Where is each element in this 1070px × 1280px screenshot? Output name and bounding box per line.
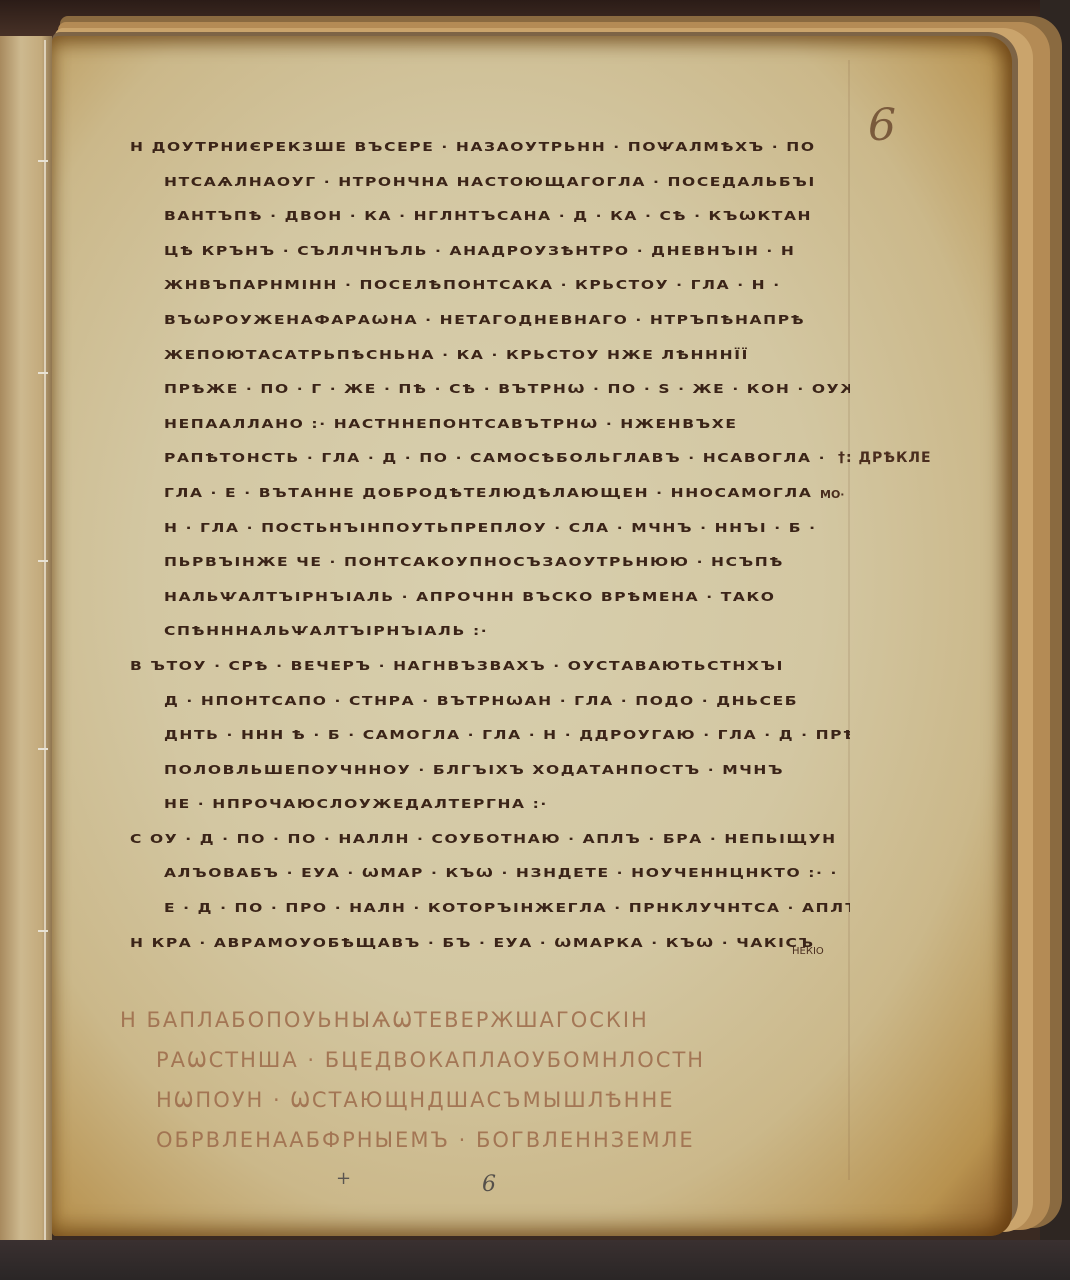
later-hand-text-block: Н БАПЛАБОПОУЬНЫѦѠТЕВЕРЖШАГОСКІН РАѠСТНША… xyxy=(120,1000,980,1160)
text-line: Н · ГЛА · ПОСТЬНЪІНПОУТЬПРЕПЛОУ · СЛА · … xyxy=(130,514,850,542)
background-bottom xyxy=(0,1240,1070,1280)
text-line: В ЪТОУ · СРѢ · ВЕЧЕРЪ · НАГНВЪЗВАХЪ · ОУ… xyxy=(130,652,850,680)
text-line: Н КРА · АВРАМОУОБѢЩАВЪ · БЪ · ЕУА · ѠМАР… xyxy=(130,929,850,957)
text-line: ЖЕПОЮТАСАТРЬПѢСНЬНА · КА · КРЬСТОУ НЖЕ Л… xyxy=(130,341,850,369)
marginal-note-small: МО· xyxy=(820,488,844,501)
later-text-line: РАѠСТНША · БЦЕДВОКАПЛАОУБОМНЛОСТН xyxy=(120,1040,980,1080)
folio-number: 6 xyxy=(868,100,896,151)
text-line: СПѢНННАЛЬѰАЛТЪІРНЪІАЛЬ :· xyxy=(130,617,850,645)
binding-stitch xyxy=(38,930,48,932)
binding-stitch xyxy=(38,560,48,562)
text-line: С ОУ · Д · ПО · ПО · НАЛЛН · СОУБОТНАЮ ·… xyxy=(130,825,850,853)
text-line: ДНТЬ · ННН Ѣ · Б · САМОГЛА · ГЛА · Н · Д… xyxy=(130,721,850,749)
later-text-line: Н БАПЛАБОПОУЬНЫѦѠТЕВЕРЖШАГОСКІН xyxy=(120,1000,980,1040)
text-line: ЦѢ КРЪНЪ · СЪЛЛЧНЪЛЬ · АНАДРОУЗѢНТРО · Д… xyxy=(130,237,850,265)
main-text-block: Н ДОУТРНИЄРЕКЗШЕ ВЪСЕРЕ · НАЗАОУТРЬНН · … xyxy=(130,130,850,960)
text-line: РАПѢТОНСТЬ · ГЛА · Д · ПО · САМОСѢБОЛЬГЛ… xyxy=(130,444,850,472)
interlinear-note: НЕКІО xyxy=(792,946,824,957)
binding-stitch xyxy=(38,160,48,162)
text-line: Н ДОУТРНИЄРЕКЗШЕ ВЪСЕРЕ · НАЗАОУТРЬНН · … xyxy=(130,133,850,161)
pencil-mark: + xyxy=(336,1168,351,1189)
text-line: ПРѢЖЕ · ПО · Г · ЖЕ · ПѢ · СѢ · ВЪТРНѠ ·… xyxy=(130,375,850,403)
text-line: ЖНВЪПАРНМІНН · ПОСЕЛѢПОНТСАКА · КРЬСТОУ … xyxy=(130,271,850,299)
text-line: ВАНТЪПѢ · ДВОН · КА · НГЛНТЪСАНА · Д · К… xyxy=(130,202,850,230)
text-line: НТСАѦЛНАОУГ · НТРОНЧНА НАСТОЮЩАГОГЛА · П… xyxy=(130,168,850,196)
text-line: НЕ · НПРОЧАЮСЛОУЖЕДАЛТЕРГНА :· xyxy=(130,790,850,818)
text-line: ПЬРВЪІНЖЕ ЧЕ · ПОНТСАКОУПНОСЪЗАОУТРЬНЮЮ … xyxy=(130,548,850,576)
later-text-line: ОБРВЛЕНААБФРНЫЕМЪ · БОГВЛЕННЗЕМЛЕ xyxy=(120,1120,980,1160)
text-line: Е · Д · ПО · ПРО · НАЛН · КОТОРЪІНЖЕГЛА … xyxy=(130,894,850,922)
text-line: ГЛА · Е · ВЪТАННЕ ДОБРОДѢТЕЛЮДѢЛАЮЩЕН · … xyxy=(130,479,850,507)
binding-thread xyxy=(44,40,46,1240)
text-line: НАЛЬѰАЛТЪІРНЪІАЛЬ · АПРОЧНН ВЪСКО ВРѢМЕН… xyxy=(130,583,850,611)
text-line: НЕПААЛЛАНО :· НАСТННЕПОНТСАВЪТРНѠ · НЖЕН… xyxy=(130,410,850,438)
text-line: АЛЪОВАБЪ · ЕУА · ѠМАР · КЪѠ · НЗНДЕТЕ · … xyxy=(130,860,850,888)
binding-stitch xyxy=(38,372,48,374)
text-line: ВЪѠРОУЖЕНАФАРАѠНА · НЕТАГОДНЕВНАГО · НТР… xyxy=(130,306,850,334)
pencil-page-number: 6 xyxy=(482,1172,496,1197)
later-text-line: НѠПОУН · ѠСТАЮЩНДШАСЪМЫШЛѢННЕ xyxy=(120,1080,980,1120)
marginal-note: †: ДРѢКЛЕ xyxy=(838,450,932,466)
text-line: Д · НПОНТСАПО · СТНРА · ВЪТРНѠАН · ГЛА ·… xyxy=(130,687,850,715)
binding-stitch xyxy=(38,748,48,750)
text-line: ПОЛОВЛЬШЕПОУЧННОУ · БЛГЪІХЪ ХОДАТАНПОСТЪ… xyxy=(130,756,850,784)
